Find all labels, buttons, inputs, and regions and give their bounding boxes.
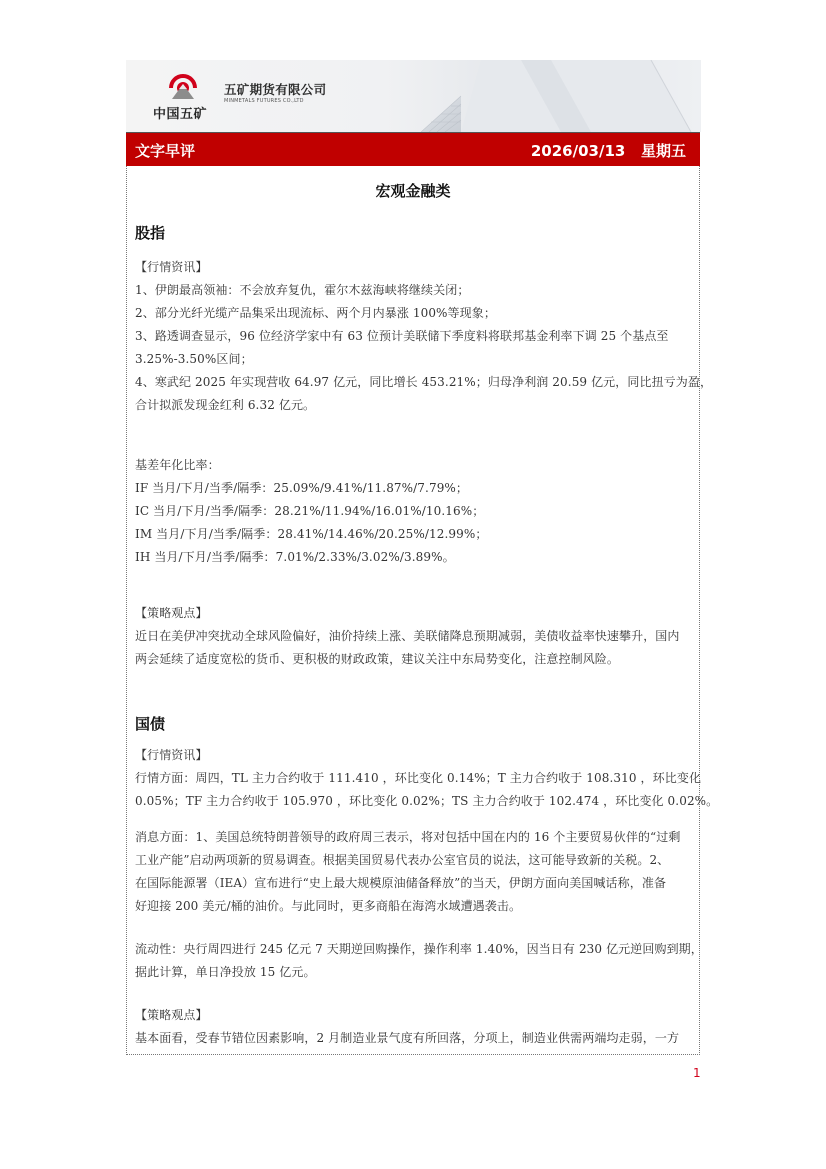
treasury-market-info: 【行情资讯】 行情方面：周四，TL 主力合约收于 111.410 ，环比变化 0… [135, 744, 697, 813]
treasury-strategy: 【策略观点】 基本面看，受春节错位因素影响，2 月制造业景气度有所回落，分项上，… [135, 1004, 697, 1050]
treasury-liquidity: 流动性：央行周四进行 245 亿元 7 天期逆回购操作，操作利率 1.40%，因… [135, 938, 697, 984]
news-item: 合计拟派发现金红利 6.32 亿元。 [135, 394, 697, 417]
market-info-label: 【行情资讯】 [135, 744, 697, 767]
strategy-text: 近日在美伊冲突扰动全球风险偏好，油价持续上涨、美联储降息预期减弱，美债收益率快速… [135, 625, 697, 648]
basis-contract: IM [135, 527, 152, 541]
stock-index-strategy: 【策略观点】 近日在美伊冲突扰动全球风险偏好，油价持续上涨、美联储降息预期减弱，… [135, 602, 697, 671]
treasury-news: 消息方面：1、美国总统特朗普领导的政府周三表示，将对包括中国在内的 16 个主要… [135, 826, 697, 918]
category-title: 宏观金融类 [127, 180, 699, 201]
news-text: 在国际能源署（IEA）宣布进行“史上最大规模原油储备释放”的当天，伊朗方面向美国… [135, 872, 697, 895]
logo-text: 中国五矿 [153, 103, 207, 122]
header-banner: 中国五矿 五矿期货有限公司 MINMETALS FUTURES CO.,LTD [126, 60, 701, 132]
section-title-stock-index: 股指 [135, 222, 165, 243]
market-info-label: 【行情资讯】 [135, 256, 697, 279]
stock-index-market-info: 【行情资讯】 1、伊朗最高领袖：不会放弃复仇，霍尔木兹海峡将继续关闭； 2、部分… [135, 256, 697, 417]
page-number: 1 [693, 1066, 701, 1080]
news-text: 好迎接 200 美元/桶的油价。与此同时，更多商船在海湾水域遭遇袭击。 [135, 895, 697, 918]
basis-row-if: IF 当月/下月/当季/隔季：25.09%/9.41%/11.87%/7.79%… [135, 477, 697, 500]
section-title-treasury: 国债 [135, 713, 165, 734]
strategy-label: 【策略观点】 [135, 602, 697, 625]
news-item: 4、寒武纪 2025 年实现营收 64.97 亿元，同比增长 453.21%；归… [135, 371, 697, 394]
building-structure-graphic [421, 60, 701, 132]
strategy-text: 基本面看，受春节错位因素影响，2 月制造业景气度有所回落，分项上，制造业供需两端… [135, 1027, 697, 1050]
report-date-line: 2026/03/13 星期五 [531, 140, 686, 161]
strategy-label: 【策略观点】 [135, 1004, 697, 1027]
basis-values: 28.41%/14.46%/20.25%/12.99%； [278, 527, 488, 541]
company-name-cn: 五矿期货有限公司 [224, 80, 326, 98]
basis-values: 7.01%/2.33%/3.02%/3.89%。 [276, 550, 455, 564]
basis-annualized-rates: 基差年化比率： IF 当月/下月/当季/隔季：25.09%/9.41%/11.8… [135, 454, 697, 569]
report-type: 文字早评 [135, 140, 195, 161]
news-item: 3.25%-3.50%区间； [135, 348, 697, 371]
market-text: 0.05%；TF 主力合约收于 105.970 ，环比变化 0.02%；TS 主… [135, 790, 697, 813]
report-date: 2026/03/13 [531, 142, 625, 160]
basis-contract: IH [135, 550, 150, 564]
basis-values: 25.09%/9.41%/11.87%/7.79%； [274, 481, 468, 495]
basis-row-label: 当月/下月/当季/隔季： [156, 527, 277, 541]
basis-row-ic: IC 当月/下月/当季/隔季：28.21%/11.94%/16.01%/10.1… [135, 500, 697, 523]
news-item: 1、伊朗最高领袖：不会放弃复仇，霍尔木兹海峡将继续关闭； [135, 279, 697, 302]
report-title-bar: 文字早评 2026/03/13 星期五 [126, 132, 700, 166]
basis-row-im: IM 当月/下月/当季/隔季：28.41%/14.46%/20.25%/12.9… [135, 523, 697, 546]
news-text: 工业产能”启动两项新的贸易调查。根据美国贸易代表办公室官员的说法，这可能导致新的… [135, 849, 697, 872]
news-item: 3、路透调查显示，96 位经济学家中有 63 位预计美联储下季度料将联邦基金利率… [135, 325, 697, 348]
basis-contract: IF [135, 481, 148, 495]
basis-row-label: 当月/下月/当季/隔季： [152, 481, 273, 495]
liquidity-text: 流动性：央行周四进行 245 亿元 7 天期逆回购操作，操作利率 1.40%，因… [135, 938, 697, 961]
china-minmetals-emblem-icon [168, 72, 198, 100]
company-name-en: MINMETALS FUTURES CO.,LTD [224, 98, 304, 104]
report-weekday: 星期五 [641, 142, 686, 160]
market-text: 行情方面：周四，TL 主力合约收于 111.410 ，环比变化 0.14%；T … [135, 767, 697, 790]
basis-row-label: 当月/下月/当季/隔季： [154, 550, 275, 564]
basis-label: 基差年化比率： [135, 454, 697, 477]
liquidity-text: 据此计算，单日净投放 15 亿元。 [135, 961, 697, 984]
news-text: 消息方面：1、美国总统特朗普领导的政府周三表示，将对包括中国在内的 16 个主要… [135, 826, 697, 849]
basis-row-label: 当月/下月/当季/隔季： [153, 504, 274, 518]
basis-contract: IC [135, 504, 149, 518]
basis-row-ih: IH 当月/下月/当季/隔季：7.01%/2.33%/3.02%/3.89%。 [135, 546, 697, 569]
report-content: 宏观金融类 股指 【行情资讯】 1、伊朗最高领袖：不会放弃复仇，霍尔木兹海峡将继… [126, 166, 700, 1055]
strategy-text: 两会延续了适度宽松的货币、更积极的财政政策，建议关注中东局势变化，注意控制风险。 [135, 648, 697, 671]
basis-values: 28.21%/11.94%/16.01%/10.16%； [274, 504, 484, 518]
news-item: 2、部分光纤光缆产品集采出现流标、两个月内暴涨 100%等现象； [135, 302, 697, 325]
